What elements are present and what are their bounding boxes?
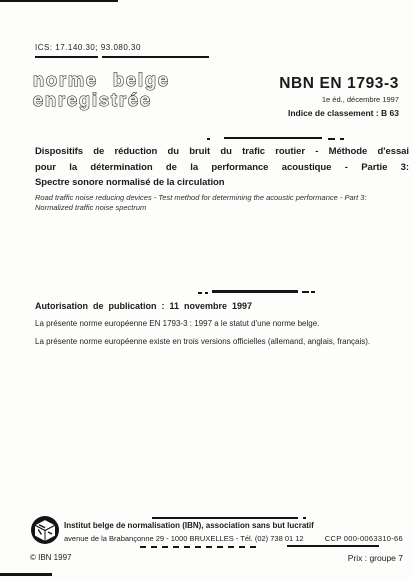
institute-address: avenue de la Brabançonne 29 - 1000 BRUXE… [64,534,304,543]
versions-line: La présente norme européenne existe en t… [35,337,370,346]
ics-code: ICS: 17.140.30; 93.080.30 [35,43,141,52]
fold-mark [212,290,298,293]
authorization-line: Autorisation de publication : 11 novembr… [35,301,252,311]
fold-mark [198,292,202,294]
fold-mark [302,291,309,293]
ics-underline [35,56,98,58]
institute-ccp: CCP 000-0063310-66 [325,534,403,543]
footer-rule [287,545,379,547]
title-english-line: Normalized traffic noise spectrum [35,203,409,213]
standard-cover-page: ICS: 17.140.30; 93.080.30 norme belge en… [0,0,413,581]
document-type-line2: enregistrée [33,90,170,110]
scan-edge-top [0,0,118,2]
title-french-line: Spectre sonore normalisé de la circulati… [35,175,409,191]
title-english-line: Road traffic noise reducing devices - Te… [35,193,409,203]
fold-mark [340,138,344,140]
title-french-line: pour la détermination de la performance … [35,160,409,176]
document-type-line1: norme belge [33,70,170,90]
status-line: La présente norme européenne EN 1793-3 :… [35,319,319,328]
fold-mark [328,138,335,140]
scan-edge-bottom [0,573,52,576]
title-french-line: Dispositifs de réduction du bruit du tra… [35,144,409,160]
document-type-title: norme belge enregistrée [33,70,170,110]
classification-index: Indice de classement : B 63 [288,108,399,118]
title-english: Road traffic noise reducing devices - Te… [35,193,409,213]
footer-dashed-rule [140,546,258,548]
copyright-notice: © IBN 1997 [30,553,71,562]
fold-mark [224,137,322,139]
edition-date: 1e éd., décembre 1997 [322,95,399,104]
footer-rule [303,517,306,519]
title-french: Dispositifs de réduction du bruit du tra… [35,144,409,191]
ibn-cube-logo-icon [30,515,60,545]
ibn-cube-logo-icon [30,515,60,545]
price-group: Prix : groupe 7 [348,553,403,563]
standard-number: NBN EN 1793-3 [279,75,399,93]
fold-mark [311,291,315,293]
footer-rule [152,517,298,519]
institute-name: Institut belge de normalisation (IBN), a… [64,521,314,530]
fold-mark [207,138,210,140]
fold-mark [205,292,208,294]
ics-underline [102,56,209,58]
